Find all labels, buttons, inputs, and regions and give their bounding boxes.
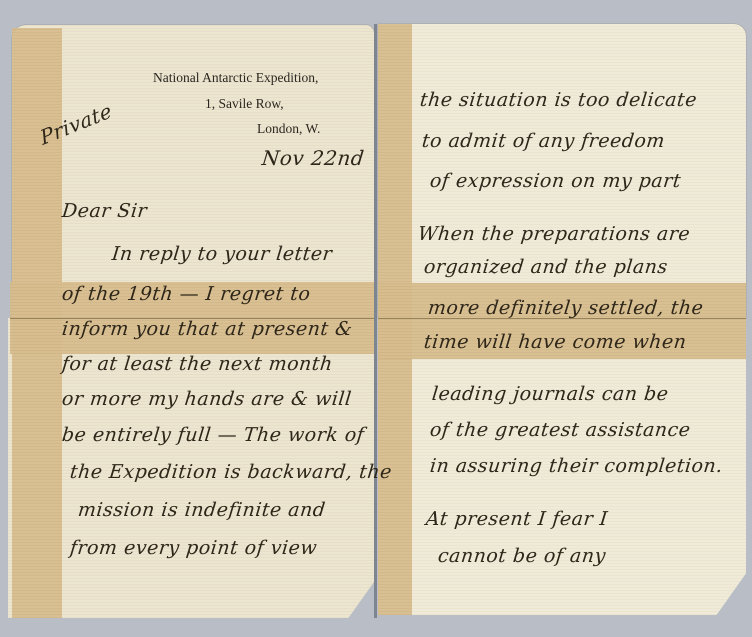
letterhead-line-3: London, W. [257,121,320,137]
left-line-4: for at least the next month [61,353,334,375]
right-line-5: organized and the plans [423,256,669,278]
right-line-6: more definitely settled, the [427,297,705,319]
salutation: Dear Sir [61,200,148,222]
right-line-10: in assuring their completion. [429,455,724,477]
right-line-4: When the preparations are [417,223,691,245]
right-line-1: the situation is too delicate [419,89,698,111]
left-top-sheet [12,25,374,317]
letterhead-line-2: 1, Savile Row, [205,96,284,112]
left-line-1: In reply to your letter [111,243,333,265]
left-line-7: the Expedition is backward, the [69,461,393,483]
right-line-9: of the greatest assistance [429,419,692,441]
left-line-3: inform you that at present & [61,318,354,340]
letter-date: Nov 22nd [261,146,366,170]
left-line-2: of the 19th — I regret to [61,283,312,305]
right-line-11: At present I fear I [425,508,609,530]
right-line-8: leading journals can be [431,383,670,405]
right-line-12: cannot be of any [437,545,607,567]
left-line-8: mission is indefinite and [77,499,327,521]
right-line-7: time will have come when [423,331,688,353]
right-line-2: to admit of any freedom [421,130,666,152]
left-line-6: be entirely full — The work of [61,424,366,446]
left-line-9: from every point of view [69,537,318,559]
letterhead-line-1: National Antarctic Expedition, [153,70,318,86]
right-line-3: of expression on my part [429,170,682,192]
center-gap [374,24,377,618]
left-line-5: or more my hands are & will [61,388,353,410]
